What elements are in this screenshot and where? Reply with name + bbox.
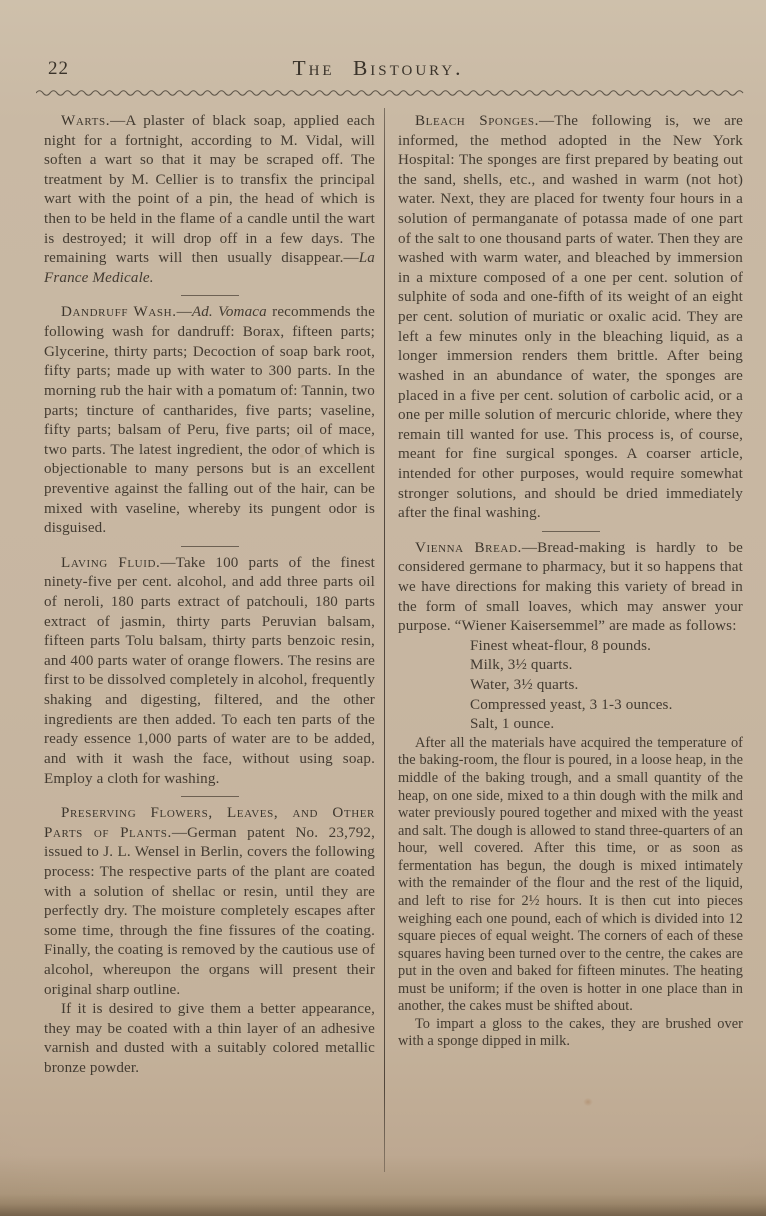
- scanned-page: 22 The Bistoury. Warts.—A plaster of bla…: [0, 0, 766, 1216]
- article-heading: Laving Fluid.: [61, 555, 160, 571]
- article-heading: Bleach Sponges.: [415, 113, 539, 129]
- article-body: recommends the following wash for dandru…: [44, 304, 375, 536]
- article-heading: Warts.: [61, 113, 110, 129]
- recipe-item: Finest wheat-flour, 8 pounds.: [470, 637, 743, 657]
- recipe-item: Salt, 1 ounce.: [470, 715, 743, 735]
- article-vienna-bread-paragraph-2: After all the materials have acquired th…: [398, 735, 743, 1016]
- article-separator: [181, 546, 239, 547]
- article-preserving-flowers: Preserving Flowers, Leaves, and Other Pa…: [44, 804, 375, 1000]
- recipe-item: Milk, 3½ quarts.: [470, 656, 743, 676]
- recipe-list: Finest wheat-flour, 8 pounds. Milk, 3½ q…: [398, 637, 743, 735]
- article-heading: Dandruff Wash.: [61, 304, 177, 320]
- article-vienna-bread-paragraph-3: To impart a gloss to the cakes, they are…: [398, 1016, 743, 1051]
- article-preserving-flowers-paragraph-2: If it is desired to give them a better a…: [44, 1000, 375, 1078]
- journal-title: The Bistoury.: [44, 56, 712, 81]
- column-divider: [384, 108, 385, 1172]
- right-column: Bleach Sponges.—The following is, we are…: [398, 112, 743, 1051]
- article-separator: [542, 531, 600, 532]
- article-bleach-sponges: Bleach Sponges.—The following is, we are…: [398, 112, 743, 524]
- article-separator: [181, 796, 239, 797]
- article-warts: Warts.—A plaster of black soap, applied …: [44, 112, 375, 288]
- article-body: —A plaster of black soap, applied each n…: [44, 113, 375, 266]
- article-separator: [181, 295, 239, 296]
- recipe-item: Water, 3½ quarts.: [470, 676, 743, 696]
- article-dash: —: [177, 304, 192, 320]
- page-header: 22 The Bistoury.: [44, 56, 742, 88]
- article-vienna-bread: Vienna Bread.—Bread-making is hardly to …: [398, 539, 743, 637]
- article-dandruff-wash: Dandruff Wash.—Ad. Vomaca recommends the…: [44, 303, 375, 538]
- article-lead-italic: Ad. Vomaca: [192, 304, 267, 320]
- article-laving-fluid: Laving Fluid.—Take 100 parts of the fine…: [44, 554, 375, 789]
- article-body: —Take 100 parts of the finest ninety-fiv…: [44, 555, 375, 787]
- wavy-rule-path: [36, 91, 743, 96]
- article-heading: Vienna Bread.: [415, 540, 522, 556]
- article-body: —The following is, we are informed, the …: [398, 113, 743, 521]
- article-body: —German patent No. 23,792, issued to J. …: [44, 825, 375, 998]
- wavy-rule: [36, 88, 744, 98]
- recipe-item: Compressed yeast, 3 1-3 ounces.: [470, 696, 743, 716]
- left-column: Warts.—A plaster of black soap, applied …: [44, 112, 375, 1079]
